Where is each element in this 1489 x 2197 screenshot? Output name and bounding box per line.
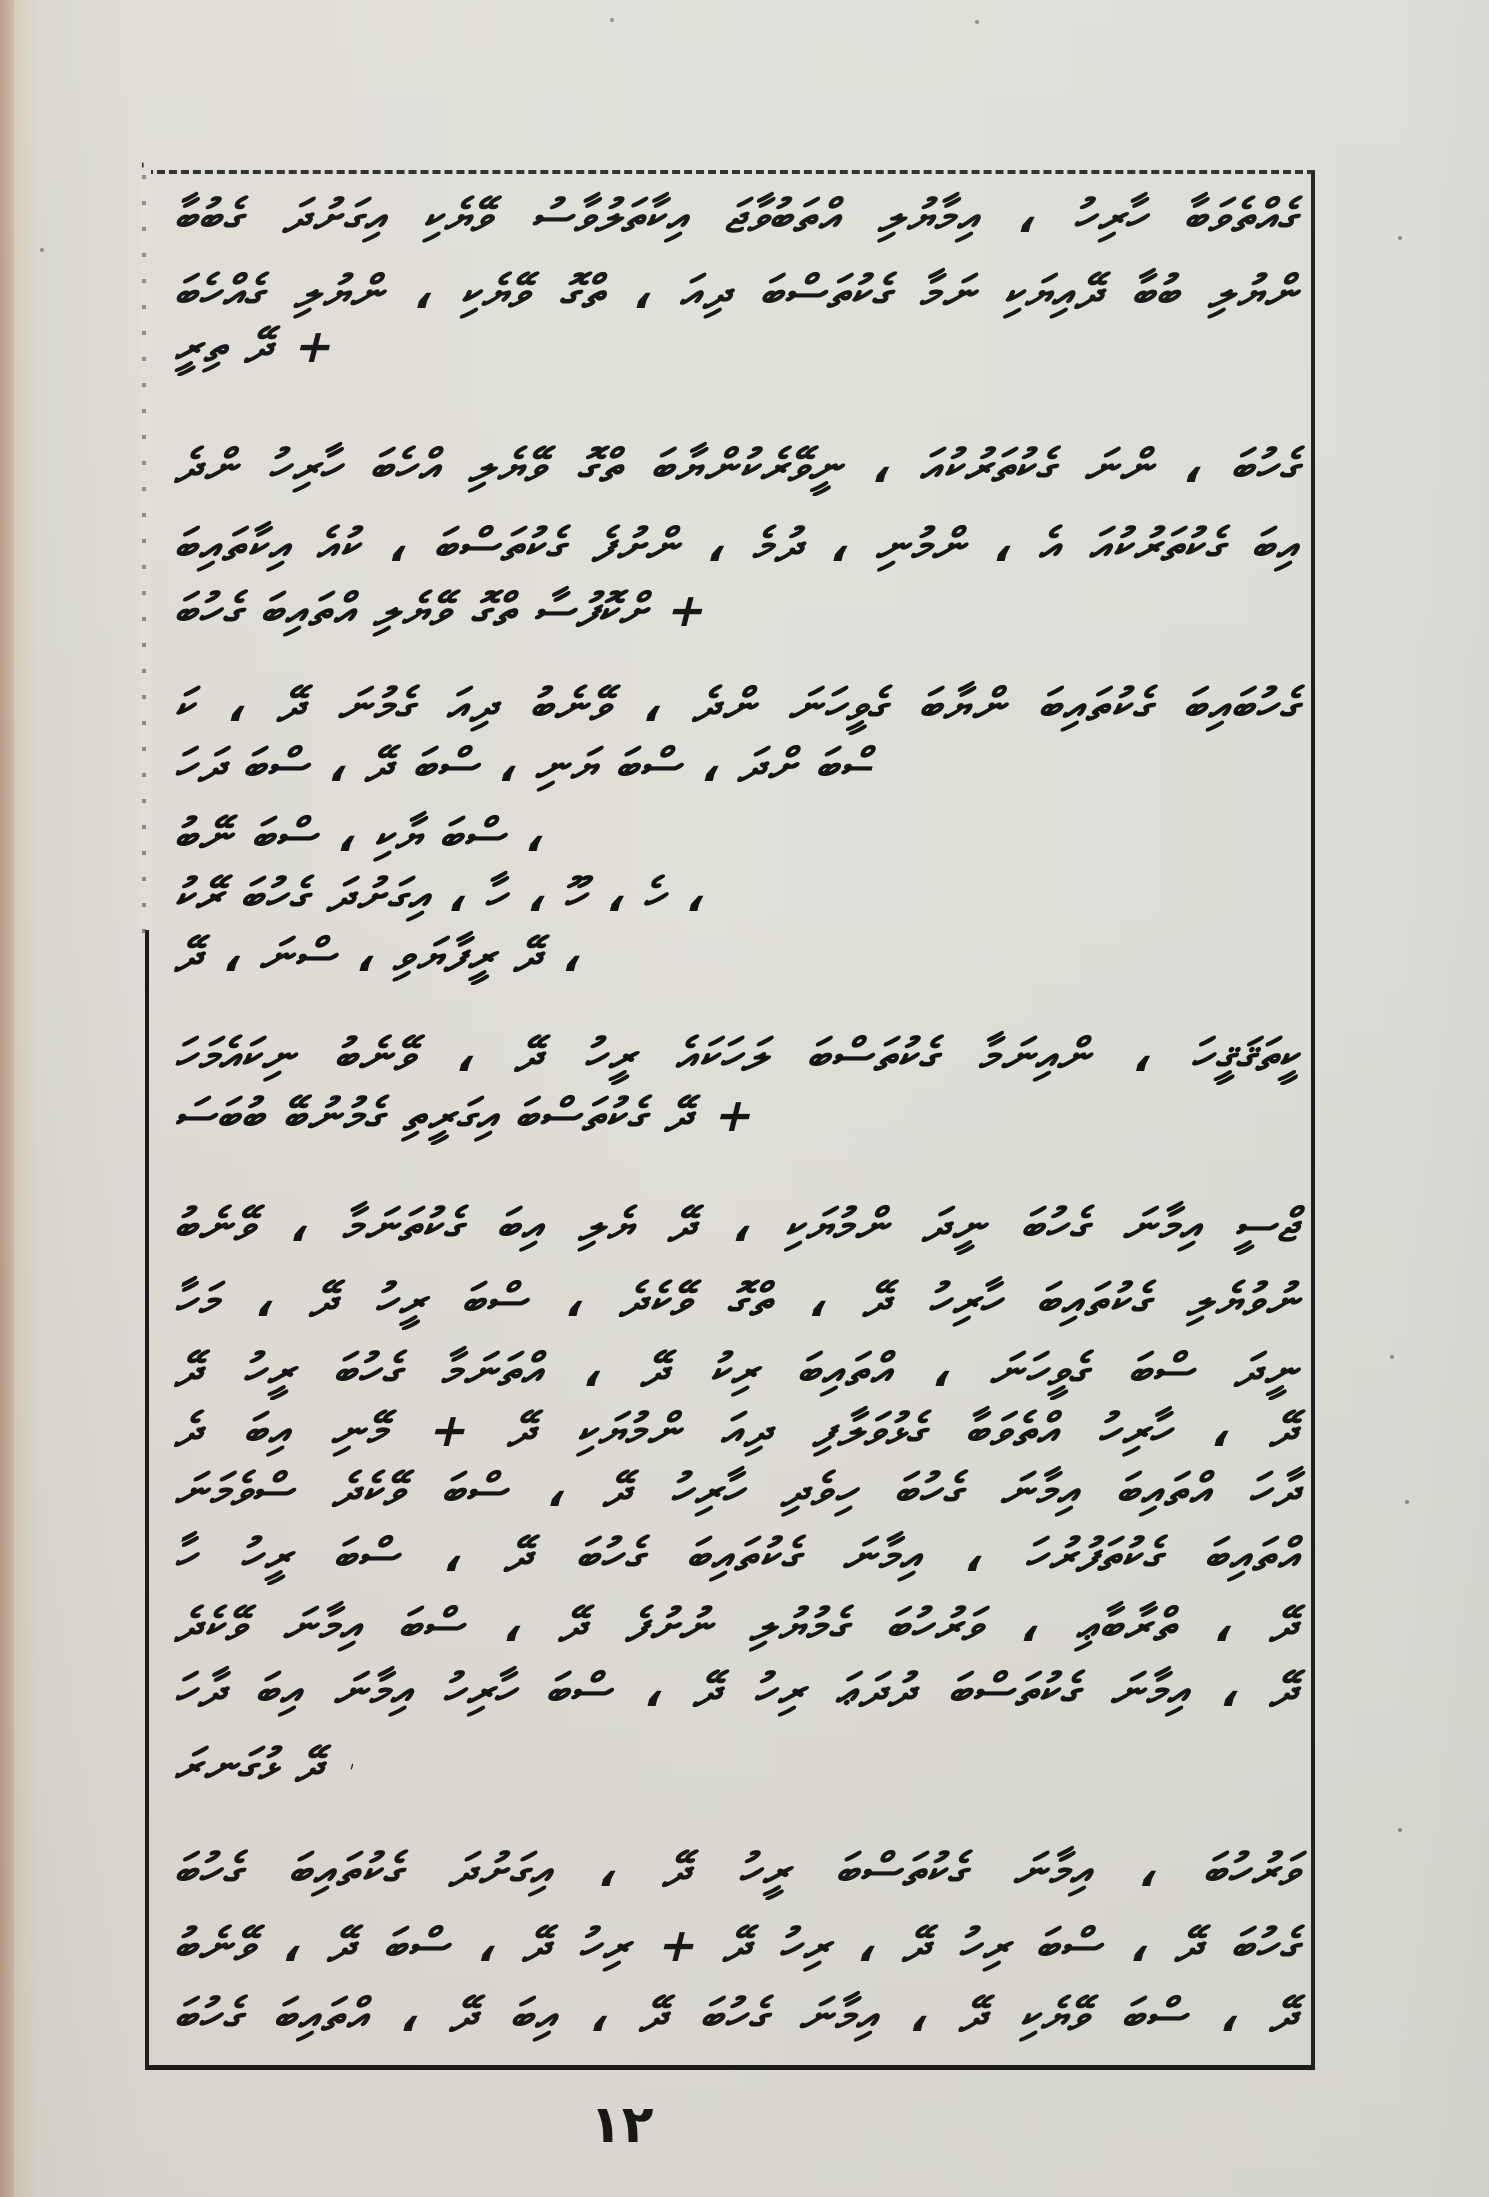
text-line-3-paragraph-end: ރީތި ދޭ + [171, 316, 346, 376]
text-line-19: ހާ ހުރީ ބަސް ، ދޭ ބަހުގެ ބައިތަކުގެ ނަމާ… [171, 1525, 1311, 1585]
text-line-12: ހަމައެކަނި ބުނެވޭ ، ދޭ ހުރީ އެކަހަލަ ބަސ… [171, 1025, 1311, 1085]
text-line-21: ހަދާ ބައި ނަމާއި ހުރިހާ ބަސް ، ދޭ ހުރި ޢ… [171, 1660, 1311, 1720]
manuscript-page: ˌ ބާބުގެ ދަށުގައި ކިޔެވޭ ސުވާލުތަކާއި ޖަ… [0, 0, 1489, 2197]
text-line-11: ދޭ ، ނަސް ، ވިޔަފާރީ ދޭ ، [171, 925, 601, 985]
text-line-6-paragraph-end: ބަހުގެ ބައިތައް ލިޔެވޭ ގޮތް ސާފުކޮށް + [171, 580, 751, 640]
margin-tick-mark: ˌ [140, 150, 146, 171]
text-line-20: ދެކެވޭ ނަމާއި ބަސް ، ދޭ ފެށުނު ލިޔުމުގެ … [171, 1595, 1311, 1655]
paper-speck [1398, 236, 1402, 240]
text-line-15: ހާމަ ، ދޭ ހުރީ ބަސް ، ދެކެވޭ ގޮތް ، ދޭ ހ… [171, 1270, 1311, 1330]
text-line-16: ދޭ ހުރީ ބަހުގެ މާނަތައް ، ދޭ ކުރި ބައިތަ… [171, 1340, 1311, 1400]
paper-speck [1398, 1828, 1402, 1832]
text-line-7: ކަ ، ދޭ ނަމުގެ އަދި ބުނެވޭ ، ދެން ނަހަވީ… [171, 675, 1311, 735]
paper-speck [975, 20, 979, 24]
text-line-23: ބަހުގެ ބައިތަކުގެ ދަށުގައި ، ދޭ ހުރީ ބަސ… [171, 1840, 1311, 1900]
paper-speck [1405, 1500, 1409, 1504]
page-number: ١٢ [590, 2095, 653, 2155]
paper-speck [610, 18, 614, 22]
text-line-18: ނަމަވެސް ދެކެވޭ ބަސް ، ދޭ ހުރިހާ ދިވެހި … [171, 1460, 1311, 1520]
text-line-1: ބާބުގެ ދަށުގައި ކިޔެވޭ ސުވާލުތަކާއި ޖަވާ… [171, 186, 1311, 246]
text-line-9: ބުނޭ ބަސް ، ކިޔާ ބަސް ، [171, 805, 606, 865]
text-line-4: ދެން ހުރިހާ ބަހެއް ލިޔެވޭ ގޮތް ބަޔާންކުރ… [171, 436, 1311, 496]
binding-edge [0, 0, 14, 2197]
text-line-17: ދެ ބައި ނިމޭ + ދޭ ކިޔަމުން އަދި ފިލާވަޅު… [171, 1400, 1311, 1460]
text-line-5: ބައިތަކާއި އެކު ، ބަސްތަކުގެ ފެށުން ، މެ… [171, 515, 1311, 575]
paper-speck [40, 248, 44, 252]
frame-left-dotted-rule [142, 175, 146, 935]
text-line-13-paragraph-end: ސަބަބު ބޭނުމުގެ ތިރީގައި ބަސްތަކުގެ ދޭ + [171, 1085, 901, 1145]
text-line-8: ހަދަ ބަސް ، ދޭ ބަސް ، ނިޔަ ބަސް ، ދަށް ބ… [171, 735, 881, 795]
text-line-25: ބަހުގެ ބައިތައް ، ދޭ ބައި ، ދޭ ބަހުގެ ނަ… [171, 1985, 1311, 2045]
text-line-24: ބުނެވޭ ، ދޭ ބަސް ، ދޭ ހުރި + ދޭ ހުރި ، ދ… [171, 1915, 1311, 1975]
text-line-14: ބުނެވޭ ، މާނަތަކުގެ ބައި ލިޔެ ދޭ ، ކިޔަމ… [171, 1195, 1311, 1255]
text-line-2: ބަހެއްގެ ލިޔުން ، ކިޔެވޭ ގޮތް ، އަދި ބަސ… [171, 262, 1311, 322]
text-line-22-paragraph-end: ރަނގަޅު ދޭ + [171, 1735, 361, 1795]
paper-speck [1390, 1355, 1394, 1359]
text-line-10: ކުރޭ ބަހުގެ ދަށުގައި ، ހާ ، ހޫ ، ހެ ، [171, 865, 756, 925]
